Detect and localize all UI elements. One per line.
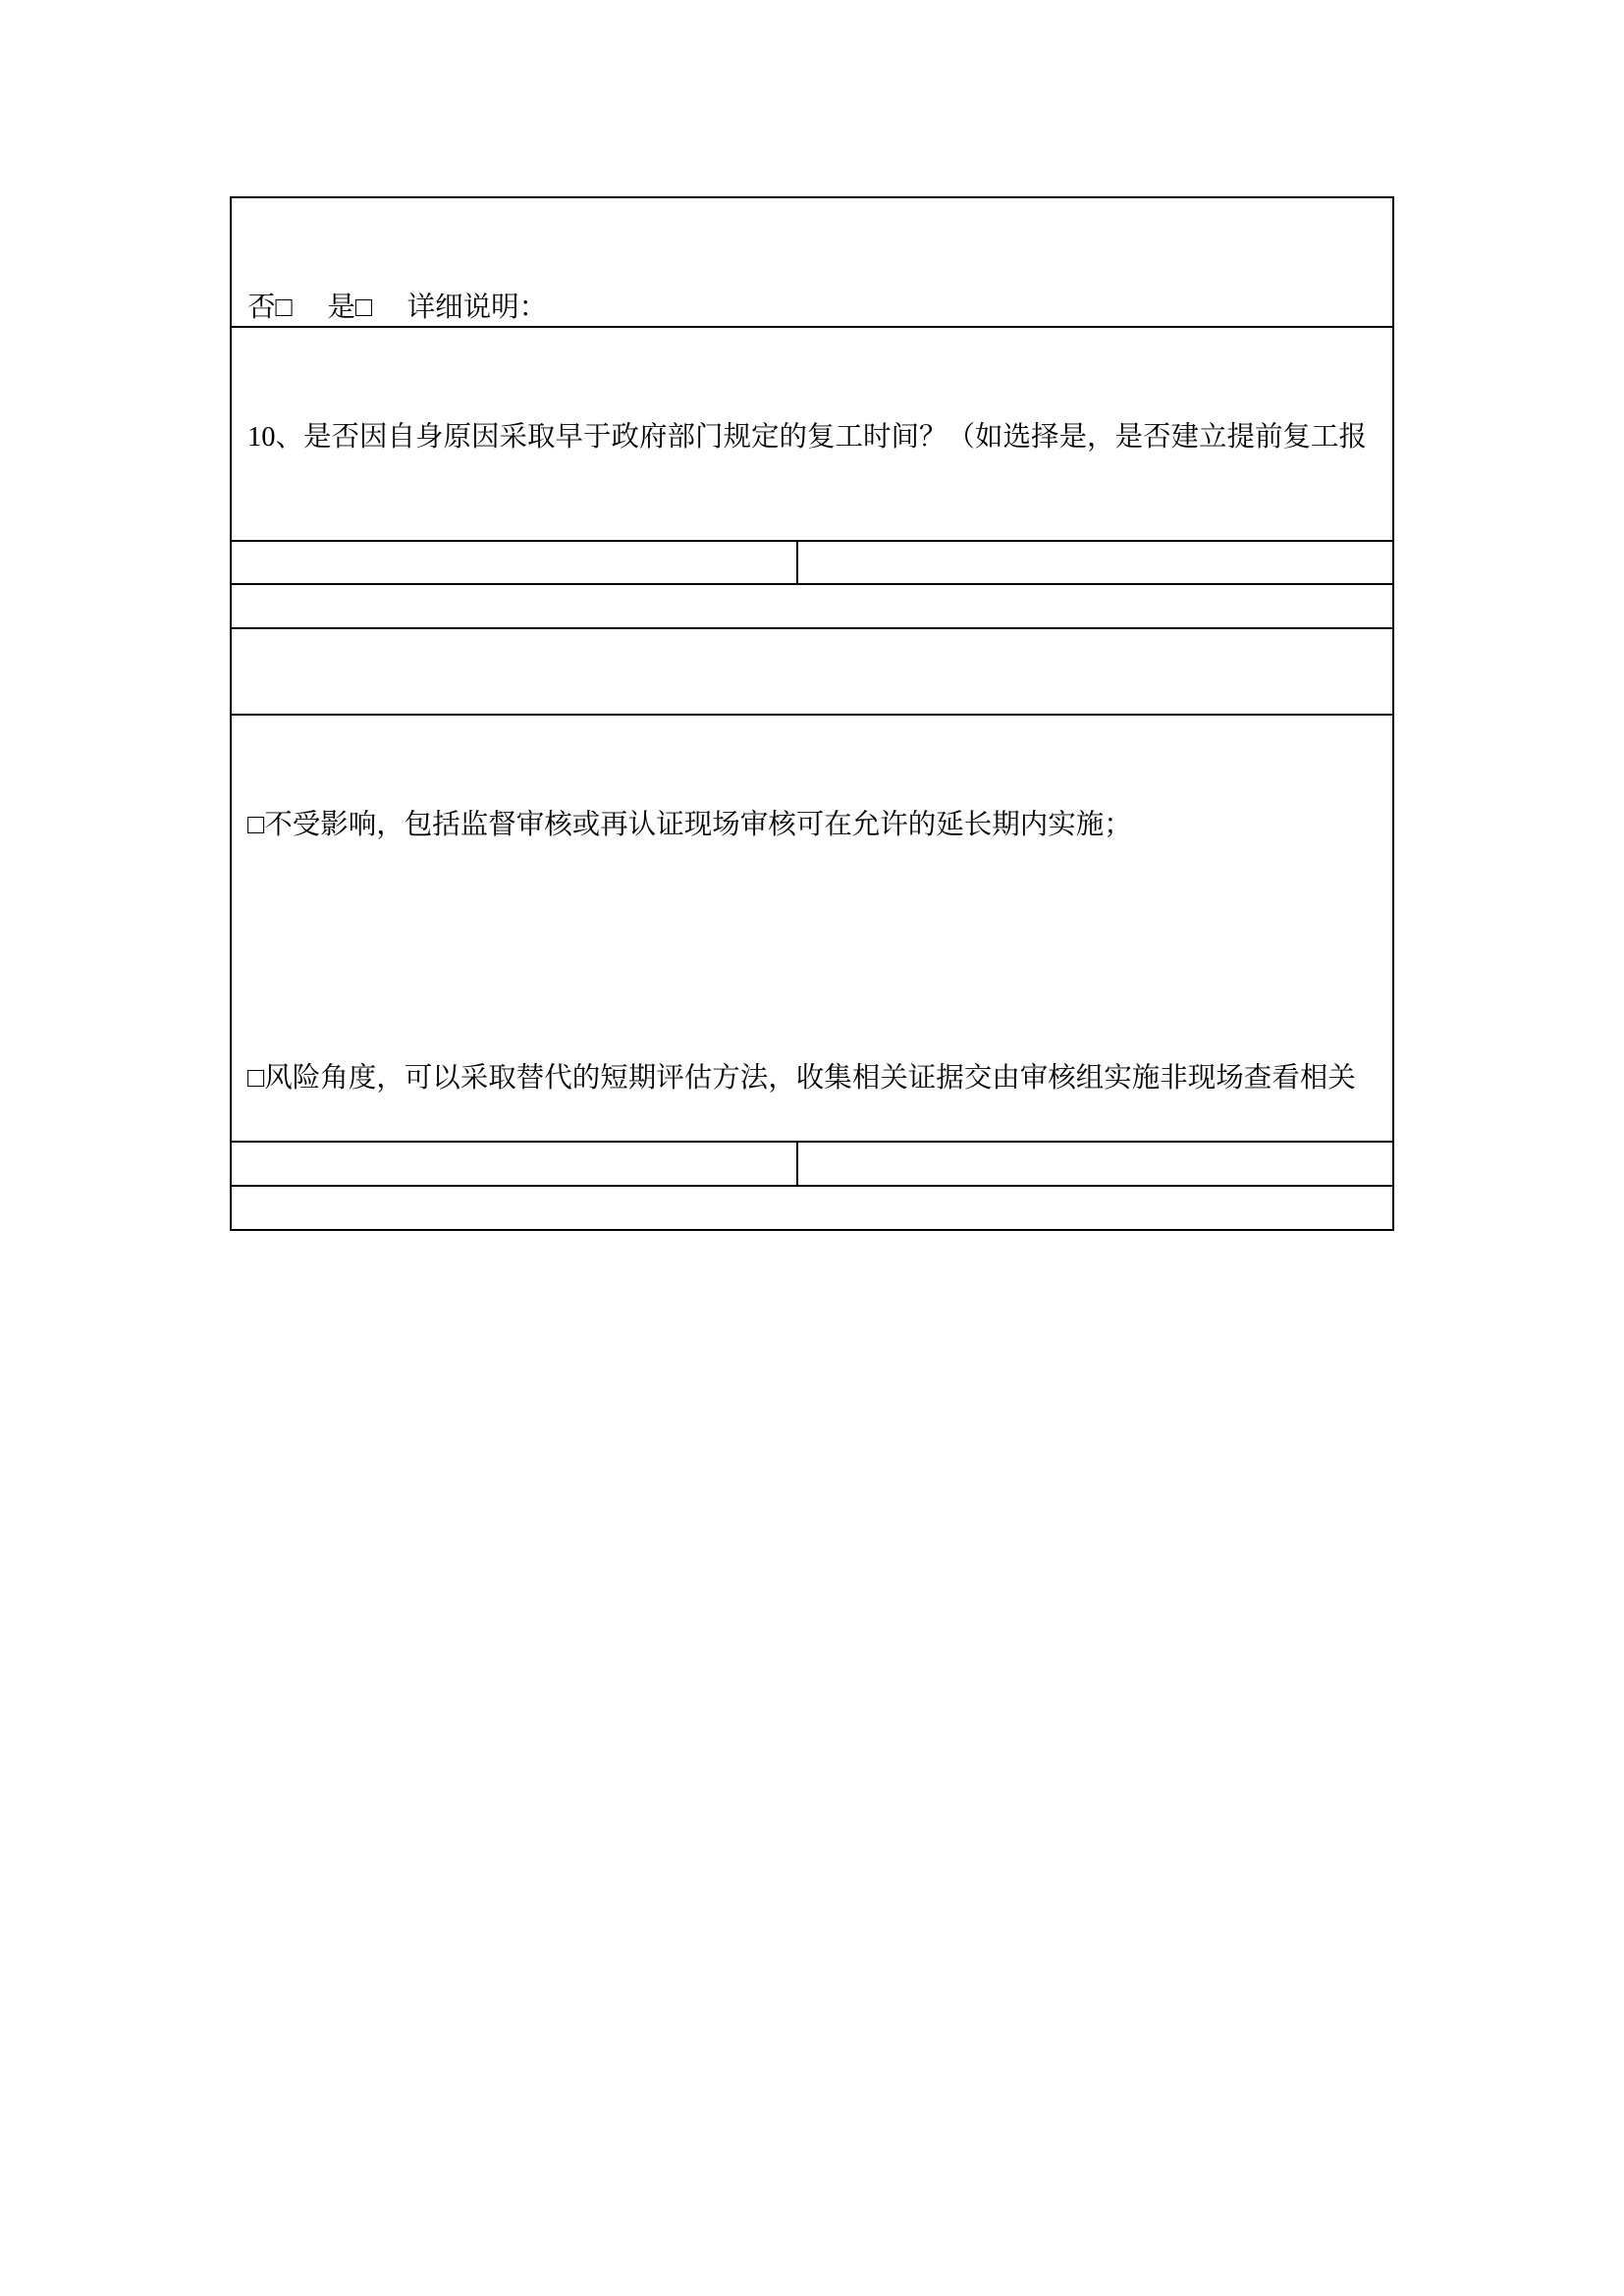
cb-intro-cell: 认证机构可能暂时无法对获证组织实施现场审核，需基于以上收集的信息，做出如下评估结… xyxy=(232,629,1394,714)
q9-answer-cell: 否□ 是□ 详细说明： xyxy=(232,198,1394,326)
applicant-row: 填报人（签字）： 填报日期： xyxy=(232,542,1394,585)
q9-answer-options: 否□ 是□ 详细说明： xyxy=(247,287,1392,326)
blank-line xyxy=(247,931,1392,973)
assessor-signature-cell: CICC 评估人（签字）： xyxy=(232,1143,798,1185)
q9-answer-row: 否□ 是□ 详细说明： xyxy=(232,198,1394,328)
note-row: 注：本调查表仅适用于管理体系认证 xyxy=(232,1187,1394,1231)
applicant-signature-cell: 填报人（签字）： xyxy=(232,542,798,583)
assessor-row: CICC 评估人（签字）： 评估日期： xyxy=(232,1143,1394,1187)
assessment-results-cell: □不受影响，包括监督审核或再认证现场审核可在允许的延长期内实施； □风险角度，可… xyxy=(232,716,1394,1141)
q10-cell: 10、是否因自身原因采取早于政府部门规定的复工时间？（如选择是，是否建立提前复工… xyxy=(232,328,1394,540)
cb-heading-row: 以下部分有认证机构填写： xyxy=(232,585,1394,629)
document-page: 否□ 是□ 详细说明： 10、是否因自身原因采取早于政府部门规定的复工时间？（如… xyxy=(0,0,1624,2296)
survey-form-table: 否□ 是□ 详细说明： 10、是否因自身原因采取早于政府部门规定的复工时间？（如… xyxy=(230,196,1394,1231)
assessor-date-cell: 评估日期： xyxy=(798,1143,1394,1185)
assessment-results-row: □不受影响，包括监督审核或再认证现场审核可在允许的延长期内实施； □风险角度，可… xyxy=(232,716,1394,1143)
result-option-remote-line-1: □风险角度，可以采取替代的短期评估方法，收集相关证据交由审核组实施非现场查看相关 xyxy=(247,1057,1392,1099)
cb-intro-row: 认证机构可能暂时无法对获证组织实施现场审核，需基于以上收集的信息，做出如下评估结… xyxy=(232,629,1394,716)
applicant-date-cell: 填报日期： xyxy=(798,542,1394,583)
result-option-unaffected: □不受影响，包括监督审核或再认证现场审核可在允许的延长期内实施； xyxy=(247,804,1392,846)
q10-row: 10、是否因自身原因采取早于政府部门规定的复工时间？（如选择是，是否建立提前复工… xyxy=(232,328,1394,542)
cb-heading-cell: 以下部分有认证机构填写： xyxy=(232,585,1394,627)
note-cell: 注：本调查表仅适用于管理体系认证 xyxy=(232,1187,1394,1229)
q10-question-line-1: 10、是否因自身原因采取早于政府部门规定的复工时间？（如选择是，是否建立提前复工… xyxy=(247,416,1392,458)
